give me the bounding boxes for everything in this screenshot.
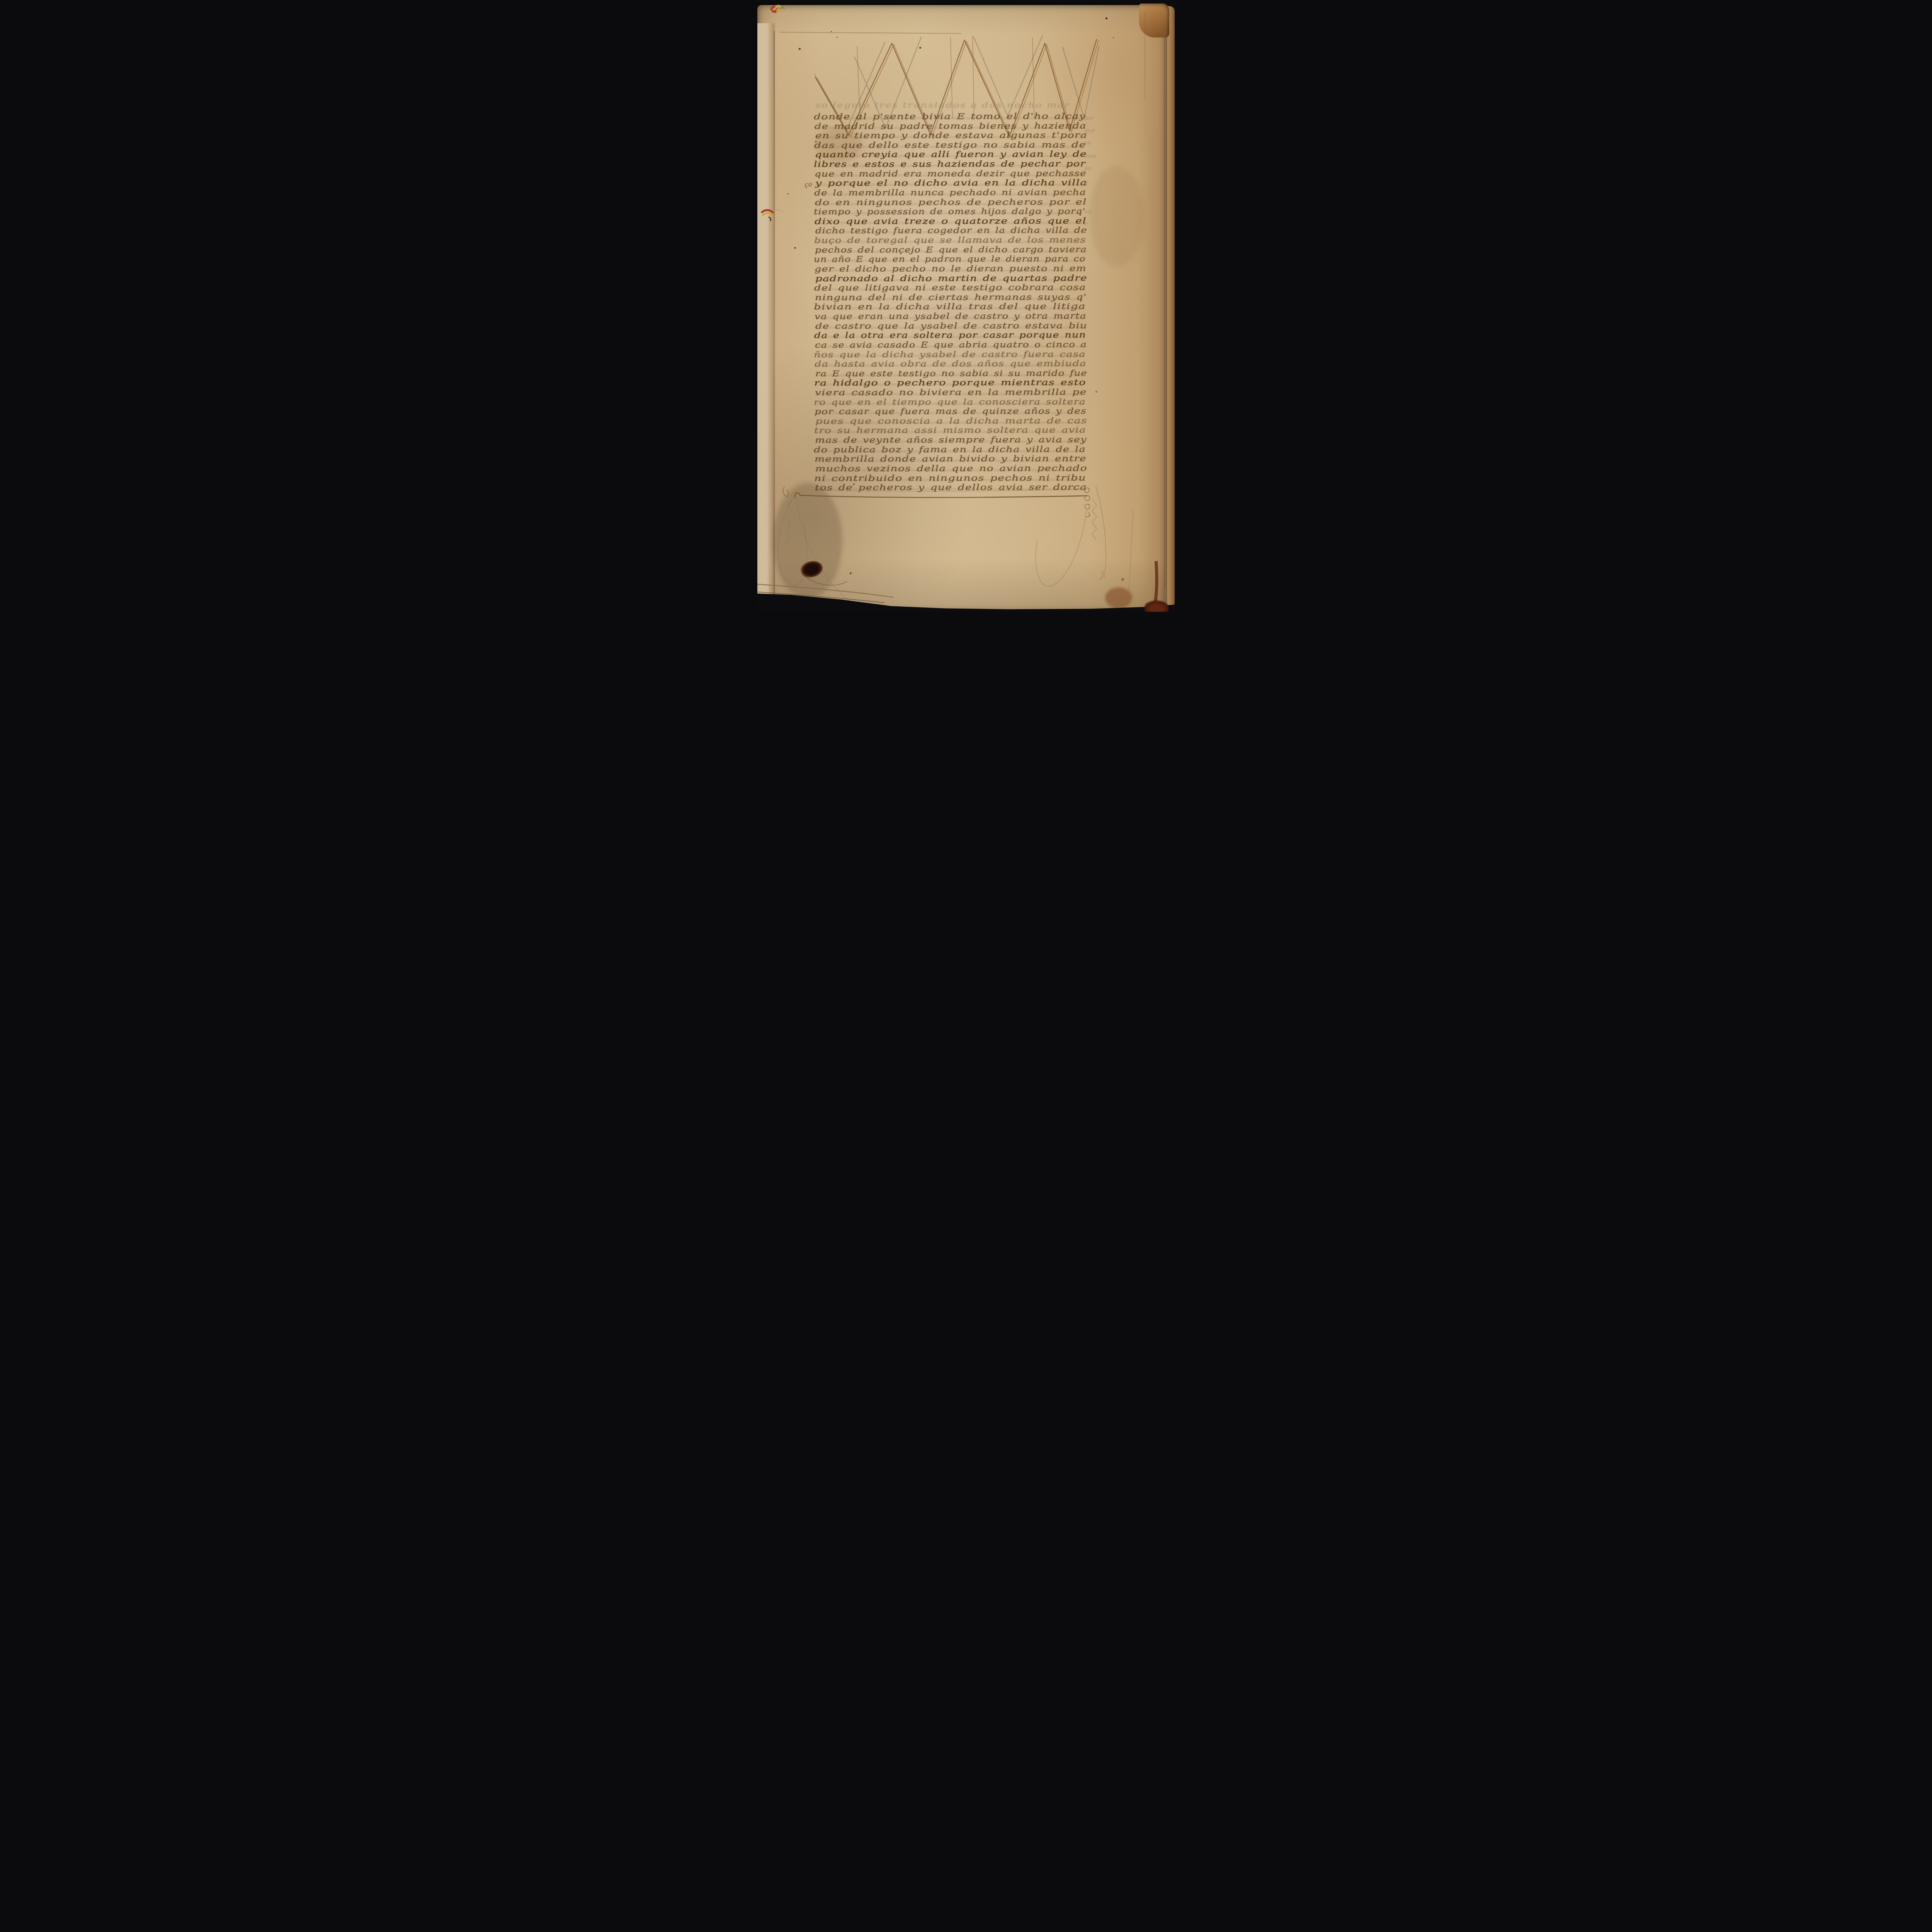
manuscript-line: ños que la dicha ysabel de castro fuera … bbox=[814, 350, 1086, 359]
manuscript-line: padronado al dicho martin de quartas pad… bbox=[815, 274, 1087, 282]
manuscript-line: de la membrilla nunca pechado ni avian p… bbox=[814, 188, 1086, 197]
manuscript-line: mas de veynte años siempre fuera y avia … bbox=[815, 436, 1087, 444]
manuscript-line: de castro que la ysabel de castro estava… bbox=[815, 321, 1087, 330]
manuscript-line: ger el dicho pecho no le dieran puesto n… bbox=[815, 264, 1087, 273]
manuscript-line: do en ningunos pechos de pecheros por el bbox=[815, 198, 1087, 206]
fore-edge-dark-streak bbox=[1155, 561, 1157, 606]
ghost-fragment: ua bbox=[1084, 209, 1092, 214]
ghost-fragment: por bbox=[1084, 115, 1094, 121]
corner-stain-blob bbox=[1145, 600, 1168, 612]
ghost-fragment: ue bbox=[1084, 140, 1092, 146]
manuscript-line: donde al p'sente bivia E tomo el d'ho al… bbox=[814, 112, 1086, 121]
manuscript-line: pechos del conçejo E que el dicho cargo … bbox=[815, 245, 1087, 254]
manuscript-line: tiempo y possession de omes hijos dalgo … bbox=[814, 207, 1086, 216]
manuscript-line: tos de pecheros y que dellos avia ser do… bbox=[815, 483, 1087, 492]
manuscript-line: das que dello este testigo no sabia mas … bbox=[814, 141, 1086, 149]
ghost-fragment: e bbox=[1084, 221, 1088, 227]
left-margin-mark: ço bbox=[804, 181, 813, 189]
gutter-sewing-thread bbox=[762, 210, 783, 221]
manuscript-line: del que litigava ni este testigo cobrara… bbox=[814, 284, 1086, 292]
faded-header-line: so leguio tres translados a dos nocho ma… bbox=[815, 101, 1070, 109]
ghost-fragment: que bbox=[1084, 128, 1095, 133]
manuscript-line: da hasta avia obra de dos años que embiu… bbox=[815, 360, 1087, 368]
manuscript-line: tro su hermana assi mismo soltera que av… bbox=[814, 426, 1086, 435]
manuscript-line: da e la otra era soltera por casar porqu… bbox=[814, 331, 1086, 340]
manuscript-line: muchos vezinos della que no avian pechad… bbox=[815, 464, 1087, 473]
manuscript-line: viera casado no biviera en la membrilla … bbox=[815, 388, 1087, 396]
manuscript-line: ro que en el tiempo que la conosciera so… bbox=[814, 398, 1086, 406]
manuscript-line: dicho testigo fuera cogedor en la dicha … bbox=[815, 226, 1087, 235]
endband-threads bbox=[771, 6, 784, 12]
photograph-stage: so leguio tres translados a dos nocho ma… bbox=[757, 0, 1175, 612]
manuscript-line: membrilla donde avian bivido y bivian en… bbox=[815, 455, 1087, 463]
manuscript-line: en su tiempo y donde estava algunas t'po… bbox=[815, 131, 1087, 140]
manuscript-line: ni contribuido en ningunos pechos ni tri… bbox=[814, 474, 1086, 482]
manuscript-line: libres e estos e sus haziendas de pechar… bbox=[814, 160, 1086, 168]
manuscript-line: buço de toregal que se llamava de los me… bbox=[814, 236, 1086, 245]
ghost-fragment: mas bbox=[1084, 153, 1096, 159]
manuscript-line: un año E que en el padron que le dieran … bbox=[814, 255, 1086, 264]
manuscript-line: que en madrid era moneda dezir que pecha… bbox=[815, 169, 1087, 178]
manuscript-line: ninguna del ni de ciertas hermanas suyas… bbox=[815, 293, 1087, 301]
ghost-fragment: q bbox=[1084, 180, 1088, 186]
manuscript-line: ra E que este testigo no sabia si su mar… bbox=[815, 369, 1087, 378]
manuscript-line: de madrid su padre tomas bienes y hazien… bbox=[815, 122, 1087, 130]
manuscript-line: pues que conoscia a la dicha marta de ca… bbox=[815, 417, 1087, 425]
manuscript-line: dixo que avia treze o quatorze años que … bbox=[815, 217, 1087, 225]
ghost-fragment: po bbox=[1084, 165, 1092, 171]
manuscript-line: quanto creyia que alli fueron y avian le… bbox=[815, 150, 1087, 159]
manuscript-line: do publica boz y fama en la dicha villa … bbox=[814, 445, 1086, 454]
manuscript-line: ra hidalgo o pechero porque mientras est… bbox=[814, 379, 1086, 387]
pen-flourishes-bottom bbox=[778, 486, 1106, 605]
manuscript-line: va que eran una ysabel de castro y otra … bbox=[815, 312, 1087, 321]
manuscript-line: por casar que fuera mas de quinze años y… bbox=[815, 407, 1087, 416]
manuscript-line: y porque el no dicho avia en la dicha vi… bbox=[815, 179, 1087, 187]
manuscript-line: ca se avia casado E que abria quatro o c… bbox=[815, 340, 1087, 349]
manuscript-line: bivian en la dicha villa tras del que li… bbox=[814, 303, 1086, 311]
